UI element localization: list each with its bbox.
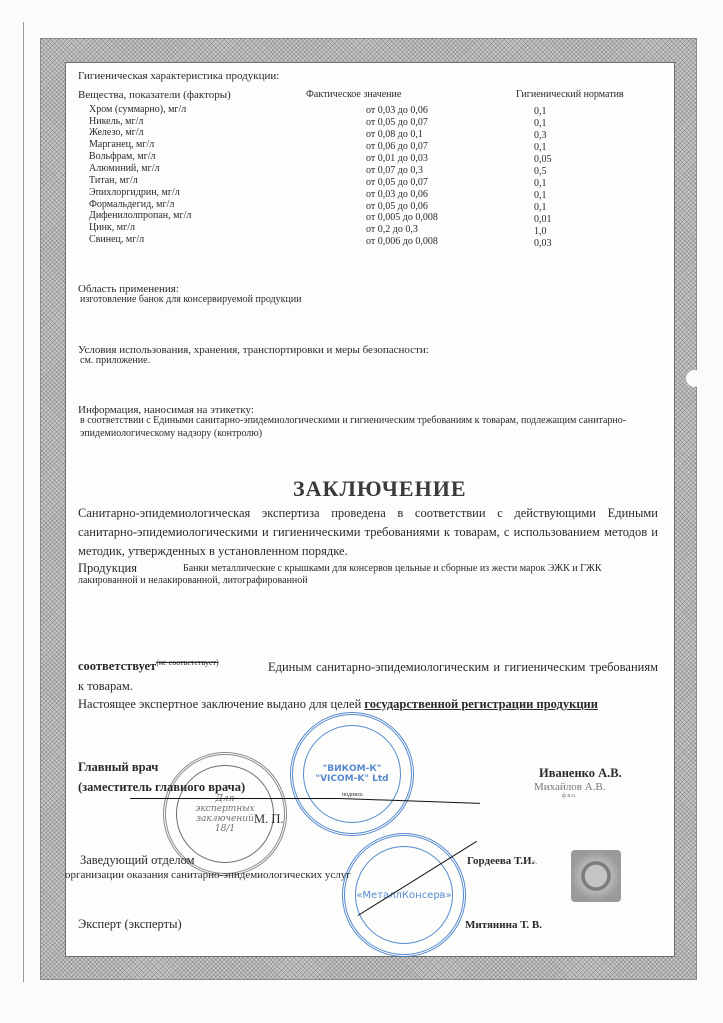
actual-cell: от 0,2 до 0,3 bbox=[366, 224, 418, 235]
substance-cell: Дифенилолпропан, мг/л bbox=[89, 210, 191, 221]
norm-cell: 0,1 bbox=[534, 202, 547, 213]
chief-name-printed: Михайлов А.В. bbox=[534, 781, 606, 793]
actual-cell: от 0,05 до 0,06 bbox=[366, 201, 428, 212]
page-margin-line bbox=[23, 22, 24, 982]
chief-name: Иваненко А.В. bbox=[539, 766, 622, 781]
substance-cell: Железо, мг/л bbox=[89, 127, 144, 138]
norm-cell: 1,0 bbox=[534, 226, 547, 237]
product-line1: Банки металлические с крышками для консе… bbox=[183, 563, 602, 574]
norm-cell: 0,3 bbox=[534, 130, 547, 141]
norm-cell: 0,05 bbox=[534, 154, 552, 165]
conditions-value: см. приложение. bbox=[80, 355, 150, 366]
norm-cell: 0,1 bbox=[534, 118, 547, 129]
hologram-emblem bbox=[571, 850, 621, 902]
expert-name: Митянина Т. В. bbox=[465, 919, 542, 931]
substance-cell: Алюминий, мг/л bbox=[89, 163, 159, 174]
product-line2: лакированной и нелакированной, литографи… bbox=[78, 575, 308, 586]
actual-cell: от 0,03 до 0,06 bbox=[366, 105, 428, 116]
actual-cell: от 0,08 до 0,1 bbox=[366, 129, 423, 140]
actual-cell: от 0,07 до 0,3 bbox=[366, 165, 423, 176]
label-info-line1: в соответствии с Едиными санитарно-эпиде… bbox=[80, 415, 626, 426]
vicom-k-round-stamp: "ВИКОМ-К" "VICOM-K" Ltd bbox=[290, 712, 414, 836]
actual-cell: от 0,05 до 0,07 bbox=[366, 177, 428, 188]
seal-place-mp: М. П. bbox=[254, 812, 284, 827]
norm-cell: 0,01 bbox=[534, 214, 552, 225]
chief-title-line2: (заместитель главного врача) bbox=[78, 780, 245, 795]
head-title-line1: Заведующий отделом bbox=[80, 853, 195, 868]
head-title-line2: организации оказания санитарно-эпидемиол… bbox=[65, 869, 351, 881]
substance-cell: Эпихлоргидрин, мг/л bbox=[89, 187, 180, 198]
expert-title: Эксперт (эксперты) bbox=[78, 917, 182, 932]
conclusion-heading: ЗАКЛЮЧЕНИЕ bbox=[293, 476, 467, 502]
issued-line: Настоящее экспертное заключение выдано д… bbox=[78, 697, 598, 712]
scope-value: изготовление банок для консервируемой пр… bbox=[80, 294, 302, 305]
signature-caption: подпись bbox=[342, 792, 363, 798]
actual-cell: от 0,005 до 0,008 bbox=[366, 212, 438, 223]
substance-cell: Свинец, мг/л bbox=[89, 234, 144, 245]
table-header-actual: Фактическое значение bbox=[306, 89, 401, 100]
norm-cell: 0,03 bbox=[534, 238, 552, 249]
actual-cell: от 0,01 до 0,03 bbox=[366, 153, 428, 164]
product-label: Продукция bbox=[78, 561, 137, 576]
actual-cell: от 0,06 до 0,07 bbox=[366, 141, 428, 152]
signature-stroke bbox=[130, 798, 340, 799]
hygienic-title: Гигиеническая характеристика продукции: bbox=[78, 70, 279, 82]
chief-title-line1: Главный врач bbox=[78, 760, 158, 775]
substance-cell: Никель, мг/л bbox=[89, 116, 143, 127]
substance-cell: Вольфрам, мг/л bbox=[89, 151, 156, 162]
norm-cell: 0,1 bbox=[534, 178, 547, 189]
substance-cell: Хром (суммарно), мг/л bbox=[89, 104, 186, 115]
actual-cell: от 0,006 до 0,008 bbox=[366, 236, 438, 247]
head-fio-caption: о. bbox=[532, 858, 537, 866]
norm-cell: 0,1 bbox=[534, 190, 547, 201]
label-info-line2: эпидемиологическому надзору (контролю) bbox=[80, 428, 262, 439]
metallkonserv-round-stamp: «МеталлКонсерв» bbox=[342, 833, 466, 957]
actual-cell: от 0,05 до 0,07 bbox=[366, 117, 428, 128]
substance-cell: Формальдегид, мг/л bbox=[89, 199, 174, 210]
compliance-rest: Единым санитарно-эпидемиологическим и ги… bbox=[78, 658, 658, 696]
issued-prefix: Настоящее экспертное заключение выдано д… bbox=[78, 697, 364, 711]
punch-hole bbox=[686, 370, 703, 387]
substance-cell: Цинк, мг/л bbox=[89, 222, 135, 233]
substance-cell: Марганец, мг/л bbox=[89, 139, 154, 150]
issued-purpose: государственной регистрации продукции bbox=[364, 697, 598, 711]
head-name: Гордеева Т.И. bbox=[467, 855, 534, 867]
norm-cell: 0,5 bbox=[534, 166, 547, 177]
substance-cell: Титан, мг/л bbox=[89, 175, 138, 186]
fio-caption: ф.и.о. bbox=[562, 793, 577, 799]
conclusion-text: Санитарно-эпидемиологическая экспертиза … bbox=[78, 504, 658, 561]
table-header-substance: Вещества, показатели (факторы) bbox=[78, 89, 231, 101]
actual-cell: от 0,03 до 0,06 bbox=[366, 189, 428, 200]
norm-cell: 0,1 bbox=[534, 142, 547, 153]
norm-cell: 0,1 bbox=[534, 106, 547, 117]
table-header-norm: Гигиенический норматив bbox=[516, 89, 624, 100]
